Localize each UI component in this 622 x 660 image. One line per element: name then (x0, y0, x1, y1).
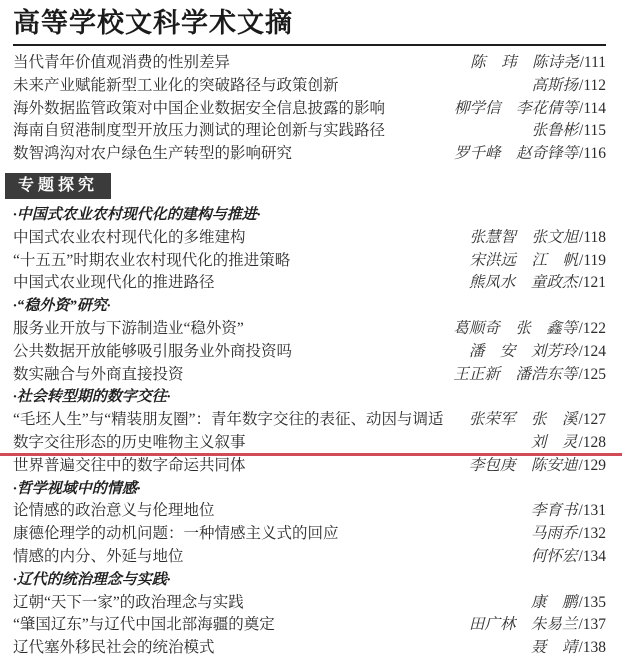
entry-ref: 罗千峰 赵奇锋等/116 (454, 143, 606, 166)
entry-page-number: /121 (578, 274, 606, 291)
entry-page-number: /131 (578, 502, 606, 519)
toc-entry: 辽代塞外移民社会的统治模式 聂 靖/138 (13, 637, 606, 660)
entry-authors: 聂 靖 (531, 639, 578, 656)
entry-page-number: /114 (579, 100, 606, 117)
entry-title: “肇国辽东”与辽代中国北部海疆的奠定 (13, 614, 275, 637)
toc-entry: “毛坯人生”与“精装朋友圈”：青年数字交往的表征、动因与调适 张荣军 张 溪/1… (13, 409, 606, 432)
title-divider (13, 44, 606, 46)
toc-entry: 数智鸿沟对农户绿色生产转型的影响研究 罗千峰 赵奇锋等/116 (13, 143, 606, 166)
toc-entry: 未来产业赋能新型工业化的突破路径与政策创新 高斯扬/112 (13, 75, 606, 98)
entry-page-number: /134 (578, 548, 606, 565)
entry-authors: 罗千峰 赵奇锋等 (454, 145, 578, 162)
entry-title: 世界普遍交往中的数字命运共同体 (13, 455, 246, 478)
entry-ref: 陈 玮 陈诗尧/111 (470, 52, 606, 75)
toc-entry: “肇国辽东”与辽代中国北部海疆的奠定 田广林 朱易兰/137 (13, 614, 606, 637)
entry-page-number: /124 (578, 343, 606, 360)
entry-page-number: /122 (578, 320, 606, 337)
entry-page-number: /127 (578, 411, 606, 428)
entry-authors: 熊凤水 童政杰 (469, 274, 578, 291)
entry-authors: 高斯扬 (532, 77, 579, 94)
entry-authors: 马雨乔 (531, 525, 578, 542)
entry-page-number: /129 (578, 457, 606, 474)
page-title: 高等学校文科学术文摘 (13, 5, 606, 41)
entry-title: 海南自贸港制度型开放压力测试的理论创新与实践路径 (13, 120, 385, 143)
entry-page-number: /137 (578, 616, 606, 633)
toc-entry: 中国式农业农村现代化的多维建构 张慧智 张文旭/118 (13, 227, 606, 250)
toc-entry: “十五五”时期农业农村现代化的推进策略 宋洪远 江 帆/119 (13, 250, 606, 273)
entry-page-number: /128 (578, 434, 606, 451)
entry-title: 服务业开放与下游制造业“稳外资” (13, 318, 244, 341)
toc-section: ·辽代的统治理念与实践· 辽朝“天下一家”的政治理念与实践 康 鹏/135 “肇… (13, 569, 606, 660)
toc-section: ·“稳外资”研究· 服务业开放与下游制造业“稳外资” 葛顺奇 张 鑫等/122 … (13, 295, 606, 386)
entry-ref: 张慧智 张文旭/118 (470, 227, 607, 250)
section-heading-label: ·“稳外资”研究· (13, 295, 111, 318)
entry-ref: 刘 灵/128 (531, 432, 606, 455)
entry-authors: 康 鹏 (531, 594, 578, 611)
entry-page-number: /118 (579, 229, 606, 246)
entry-ref: 何怀宏/134 (531, 546, 606, 569)
section-banner-row: 专题探究 (13, 166, 606, 204)
entry-authors: 宋洪远 江 帆 (470, 252, 579, 269)
entry-title: 辽朝“天下一家”的政治理念与实践 (13, 592, 244, 615)
toc-entry: 海南自贸港制度型开放压力测试的理论创新与实践路径 张鲁彬/115 (13, 120, 606, 143)
entry-page-number: /116 (579, 145, 606, 162)
entry-authors: 张慧智 张文旭 (470, 229, 579, 246)
section-heading-label: ·社会转型期的数字交往· (13, 386, 171, 409)
entry-authors: 刘 灵 (531, 434, 578, 451)
entry-ref: 马雨乔/132 (531, 523, 606, 546)
entry-ref: 宋洪远 江 帆/119 (470, 250, 607, 273)
entry-title: 数实融合与外商直接投资 (13, 364, 184, 387)
entry-title: 康德伦理学的动机问题：一种情感主义式的回应 (13, 523, 339, 546)
entry-ref: 张鲁彬/115 (532, 120, 607, 143)
section-heading-label: ·中国式农业农村现代化的建构与推进· (13, 204, 261, 227)
entry-title: 当代青年价值观消费的性别差异 (13, 52, 230, 75)
toc-entry: 公共数据开放能够吸引服务业外商投资吗 潘 安 刘芳玲/124 (13, 341, 606, 364)
entry-ref: 王正新 潘浩东等/125 (453, 364, 606, 387)
toc-entry: 服务业开放与下游制造业“稳外资” 葛顺奇 张 鑫等/122 (13, 318, 606, 341)
entry-authors: 田广林 朱易兰 (469, 616, 578, 633)
entry-title: 数智鸿沟对农户绿色生产转型的影响研究 (13, 143, 292, 166)
entry-title: 数字交往形态的历史唯物主义叙事 (13, 432, 246, 455)
toc-entry: 论情感的政治意义与伦理地位 李育书/131 (13, 500, 606, 523)
entry-authors: 葛顺奇 张 鑫等 (453, 320, 577, 337)
toc-section: ·中国式农业农村现代化的建构与推进· 中国式农业农村现代化的多维建构 张慧智 张… (13, 204, 606, 295)
toc-section: ·社会转型期的数字交往· “毛坯人生”与“精装朋友圈”：青年数字交往的表征、动因… (13, 386, 606, 477)
entry-page-number: /132 (578, 525, 606, 542)
entry-title: 未来产业赋能新型工业化的突破路径与政策创新 (13, 75, 339, 98)
entry-ref: 熊凤水 童政杰/121 (469, 272, 606, 295)
section-heading-label: ·辽代的统治理念与实践· (13, 569, 171, 592)
entry-title: 论情感的政治意义与伦理地位 (13, 500, 215, 523)
toc-entry: 辽朝“天下一家”的政治理念与实践 康 鹏/135 (13, 592, 606, 615)
entry-ref: 高斯扬/112 (532, 75, 607, 98)
entry-ref: 李育书/131 (531, 500, 606, 523)
section-heading: ·哲学视域中的情感· (13, 478, 606, 501)
section-heading: ·辽代的统治理念与实践· (13, 569, 606, 592)
entry-ref: 柳学信 李花倩等/114 (454, 98, 606, 121)
section-banner: 专题探究 (5, 173, 111, 199)
entry-page-number: /112 (579, 77, 606, 94)
entry-authors: 王正新 潘浩东等 (453, 366, 577, 383)
entry-page-number: /111 (580, 54, 606, 71)
entry-authors: 李包庚 陈安迪 (469, 457, 578, 474)
journal-toc-page: 高等学校文科学术文摘 当代青年价值观消费的性别差异 陈 玮 陈诗尧/111 未来… (0, 0, 622, 660)
entry-ref: 田广林 朱易兰/137 (469, 614, 606, 637)
toc-entry-highlighted: 数字交往形态的历史唯物主义叙事 刘 灵/128 (13, 432, 606, 455)
toc-entry: 海外数据监管政策对中国企业数据安全信息披露的影响 柳学信 李花倩等/114 (13, 98, 606, 121)
entry-page-number: /119 (579, 252, 606, 269)
entry-page-number: /138 (578, 639, 606, 656)
entry-page-number: /115 (579, 122, 606, 139)
entry-authors: 何怀宏 (531, 548, 578, 565)
front-entries-list: 当代青年价值观消费的性别差异 陈 玮 陈诗尧/111 未来产业赋能新型工业化的突… (13, 52, 606, 166)
toc-entry: 当代青年价值观消费的性别差异 陈 玮 陈诗尧/111 (13, 52, 606, 75)
section-heading: ·“稳外资”研究· (13, 295, 606, 318)
entry-title: 中国式农业现代化的推进路径 (13, 272, 215, 295)
entry-title: 辽代塞外移民社会的统治模式 (13, 637, 215, 660)
entry-authors: 李育书 (531, 502, 578, 519)
entry-authors: 柳学信 李花倩等 (454, 100, 578, 117)
toc-entry: 中国式农业现代化的推进路径 熊凤水 童政杰/121 (13, 272, 606, 295)
entry-page-number: /135 (578, 594, 606, 611)
entry-ref: 张荣军 张 溪/127 (469, 409, 606, 432)
entry-title: 情感的内分、外延与地位 (13, 546, 184, 569)
toc-entry: 世界普遍交往中的数字命运共同体 李包庚 陈安迪/129 (13, 455, 606, 478)
entry-title: 公共数据开放能够吸引服务业外商投资吗 (13, 341, 292, 364)
toc-entry: 情感的内分、外延与地位 何怀宏/134 (13, 546, 606, 569)
toc-entry: 康德伦理学的动机问题：一种情感主义式的回应 马雨乔/132 (13, 523, 606, 546)
entry-title: “毛坯人生”与“精装朋友圈”：青年数字交往的表征、动因与调适 (13, 409, 444, 432)
entry-authors: 张鲁彬 (532, 122, 579, 139)
section-heading: ·社会转型期的数字交往· (13, 386, 606, 409)
section-heading-label: ·哲学视域中的情感· (13, 478, 141, 501)
entry-ref: 聂 靖/138 (531, 637, 606, 660)
entry-authors: 陈 玮 陈诗尧 (470, 54, 579, 71)
toc-entry: 数实融合与外商直接投资 王正新 潘浩东等/125 (13, 364, 606, 387)
toc-section: ·哲学视域中的情感· 论情感的政治意义与伦理地位 李育书/131 康德伦理学的动… (13, 478, 606, 569)
section-heading: ·中国式农业农村现代化的建构与推进· (13, 204, 606, 227)
entry-title: “十五五”时期农业农村现代化的推进策略 (13, 250, 290, 273)
entry-ref: 潘 安 刘芳玲/124 (469, 341, 606, 364)
entry-title: 海外数据监管政策对中国企业数据安全信息披露的影响 (13, 98, 385, 121)
entry-ref: 葛顺奇 张 鑫等/122 (453, 318, 606, 341)
entry-title: 中国式农业农村现代化的多维建构 (13, 227, 246, 250)
entry-ref: 李包庚 陈安迪/129 (469, 455, 606, 478)
entry-authors: 张荣军 张 溪 (469, 411, 578, 428)
entry-authors: 潘 安 刘芳玲 (469, 343, 578, 360)
entry-page-number: /125 (578, 366, 606, 383)
entry-ref: 康 鹏/135 (531, 592, 606, 615)
